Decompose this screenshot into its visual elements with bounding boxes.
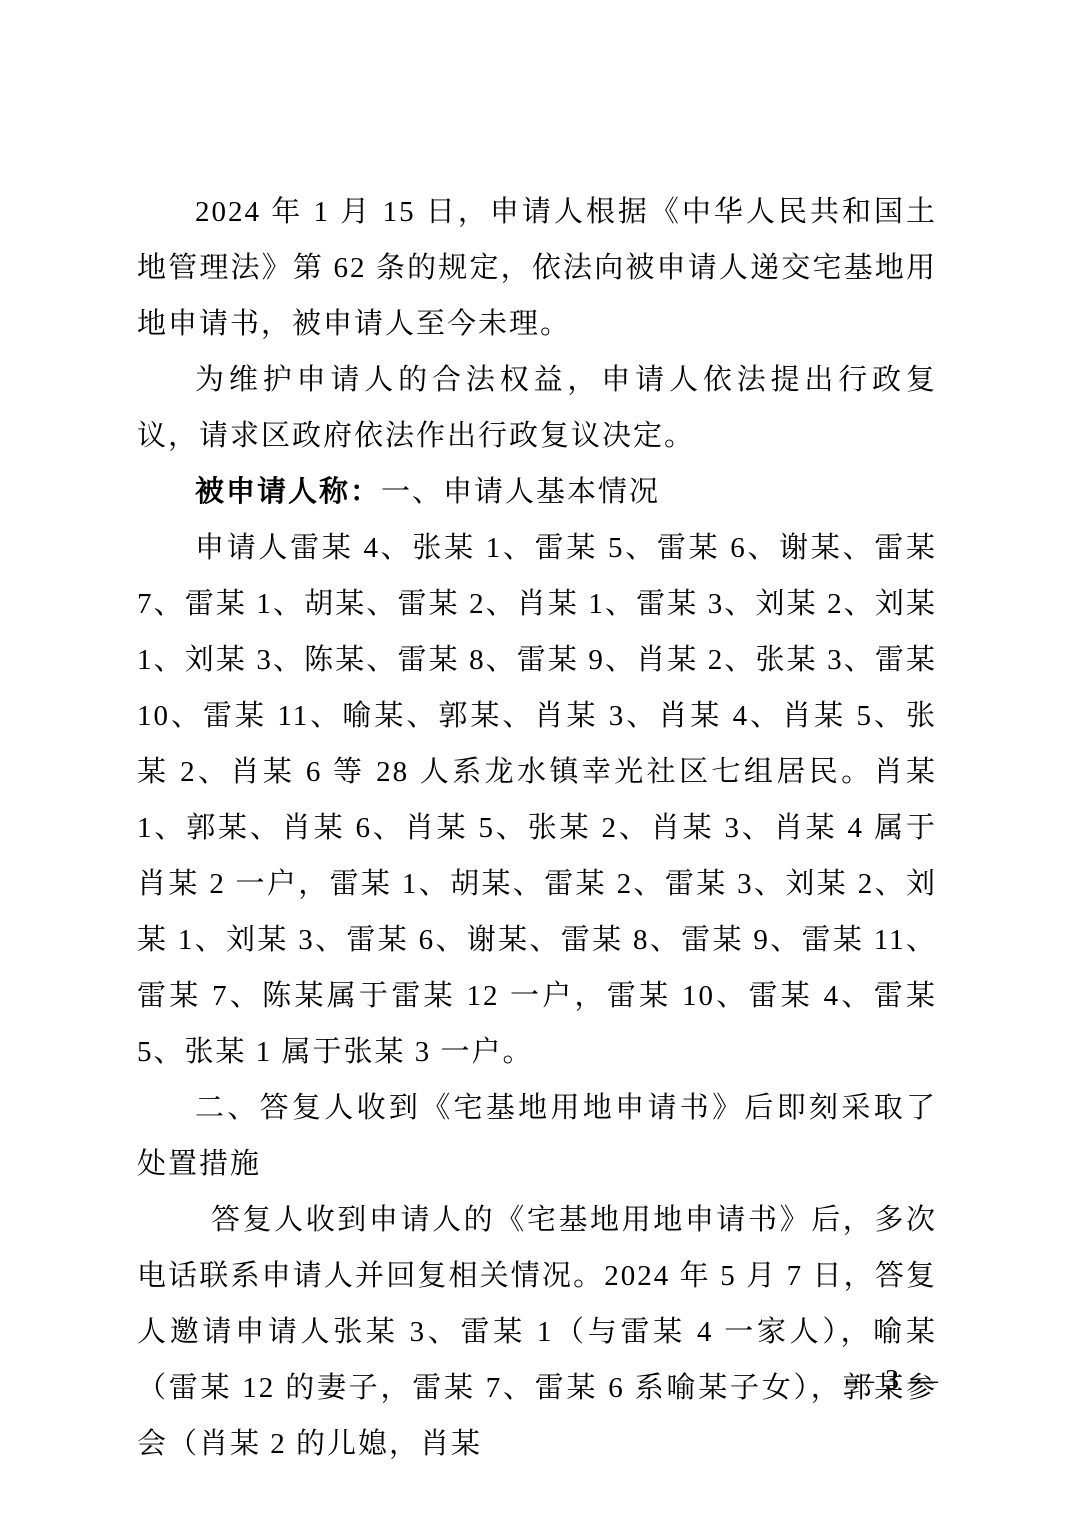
paragraph-run: 一、申请人基本情况 (381, 476, 660, 508)
document-body: 2024 年 1 月 15 日，申请人根据《中华人民共和国土地管理法》第 62 … (137, 184, 937, 1472)
paragraph: 二、答复人收到《宅基地用地申请书》后即刻采取了处置措施 (137, 1080, 937, 1192)
paragraph: 申请人雷某 4、张某 1、雷某 5、雷某 6、谢某、雷某 7、雷某 1、胡某、雷… (137, 520, 937, 1080)
paragraph-run-bold: 被申请人称： (195, 476, 381, 508)
paragraph-run: 为维护申请人的合法权益，申请人依法提出行政复议，请求区政府依法作出行政复议决定。 (137, 364, 937, 452)
paragraph: 2024 年 1 月 15 日，申请人根据《中华人民共和国土地管理法》第 62 … (137, 184, 937, 352)
paragraph-run: 答复人收到申请人的《宅基地用地申请书》后，多次电话联系申请人并回复相关情况。20… (137, 1204, 937, 1460)
document-page: 2024 年 1 月 15 日，申请人根据《中华人民共和国土地管理法》第 62 … (0, 0, 1074, 1520)
paragraph: 被申请人称：一、申请人基本情况 (137, 464, 937, 520)
paragraph-run: 申请人雷某 4、张某 1、雷某 5、雷某 6、谢某、雷某 7、雷某 1、胡某、雷… (137, 532, 937, 1068)
page-number: — 3 — (846, 1364, 940, 1398)
paragraph: 为维护申请人的合法权益，申请人依法提出行政复议，请求区政府依法作出行政复议决定。 (137, 352, 937, 464)
paragraph-run: 2024 年 1 月 15 日，申请人根据《中华人民共和国土地管理法》第 62 … (137, 196, 937, 340)
paragraph-run: 二、答复人收到《宅基地用地申请书》后即刻采取了处置措施 (137, 1092, 937, 1180)
paragraph: 答复人收到申请人的《宅基地用地申请书》后，多次电话联系申请人并回复相关情况。20… (137, 1192, 937, 1472)
